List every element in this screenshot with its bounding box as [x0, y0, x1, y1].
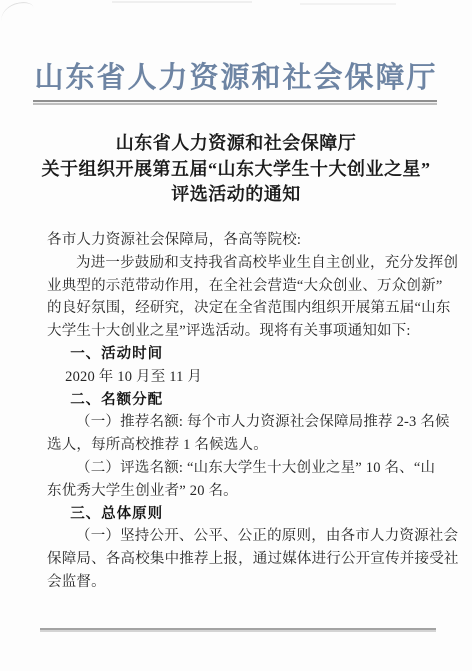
body-line: 的良好氛围，经研究，决定在全省范围内组织开展第五届“山东	[47, 297, 439, 320]
document-title-line-2: 关于组织开展第五届“山东大学生十大创业之星”	[20, 157, 452, 183]
document-title-line-3: 评选活动的通知	[20, 182, 452, 208]
scan-artifact-corner	[0, 0, 35, 24]
document-body: 各市人力资源社会保障局，各高等院校: 为进一步鼓励和支持我省高校毕业生自主创业，…	[47, 229, 439, 594]
body-line: 业典型的示范带动作用，在全社会营造“大众创业、万众创新”	[47, 275, 439, 298]
body-line: （一）推荐名额: 每个市人力资源社会保障局推荐 2-3 名候	[47, 411, 439, 434]
page-bottom-scan-rule	[40, 628, 436, 632]
activity-date-line: 2020 年 10 月至 11 月	[47, 366, 439, 389]
scan-artifact-smudge	[300, 3, 396, 5]
section-heading-1: 一、活动时间	[47, 343, 439, 366]
scanned-notice-page: 山东省人力资源和社会保障厅 山东省人力资源和社会保障厅 关于组织开展第五届“山东…	[0, 0, 472, 671]
body-line: （二）评选名额: “山东大学生十大创业之星” 10 名、“山	[47, 457, 439, 480]
body-line: 保障局、各高校集中推荐上报，通过媒体进行公开宣传并接受社	[47, 548, 439, 571]
body-line: （一）坚持公开、公平、公正的原则，由各市人力资源社会	[47, 525, 439, 548]
body-line: 东优秀大学生创业者” 20 名。	[47, 480, 439, 503]
letterhead-divider-rule	[33, 100, 437, 105]
body-line: 为进一步鼓励和支持我省高校毕业生自主创业，充分发挥创	[47, 252, 439, 275]
section-heading-3: 三、总体原则	[47, 503, 439, 526]
document-title: 山东省人力资源和社会保障厅 关于组织开展第五届“山东大学生十大创业之星” 评选活…	[20, 131, 452, 208]
section-heading-2: 二、名额分配	[47, 389, 439, 412]
document-title-line-1: 山东省人力资源和社会保障厅	[20, 131, 452, 157]
body-line: 选人，每所高校推荐 1 名候选人。	[47, 434, 439, 457]
body-line: 会监督。	[47, 571, 439, 594]
salutation-line: 各市人力资源社会保障局，各高等院校:	[47, 229, 439, 252]
scan-artifact-smudge	[112, 1, 252, 3]
body-line: 大学生十大创业之星”评选活动。现将有关事项通知如下:	[47, 320, 439, 343]
letterhead-agency-title: 山东省人力资源和社会保障厅	[0, 56, 472, 100]
